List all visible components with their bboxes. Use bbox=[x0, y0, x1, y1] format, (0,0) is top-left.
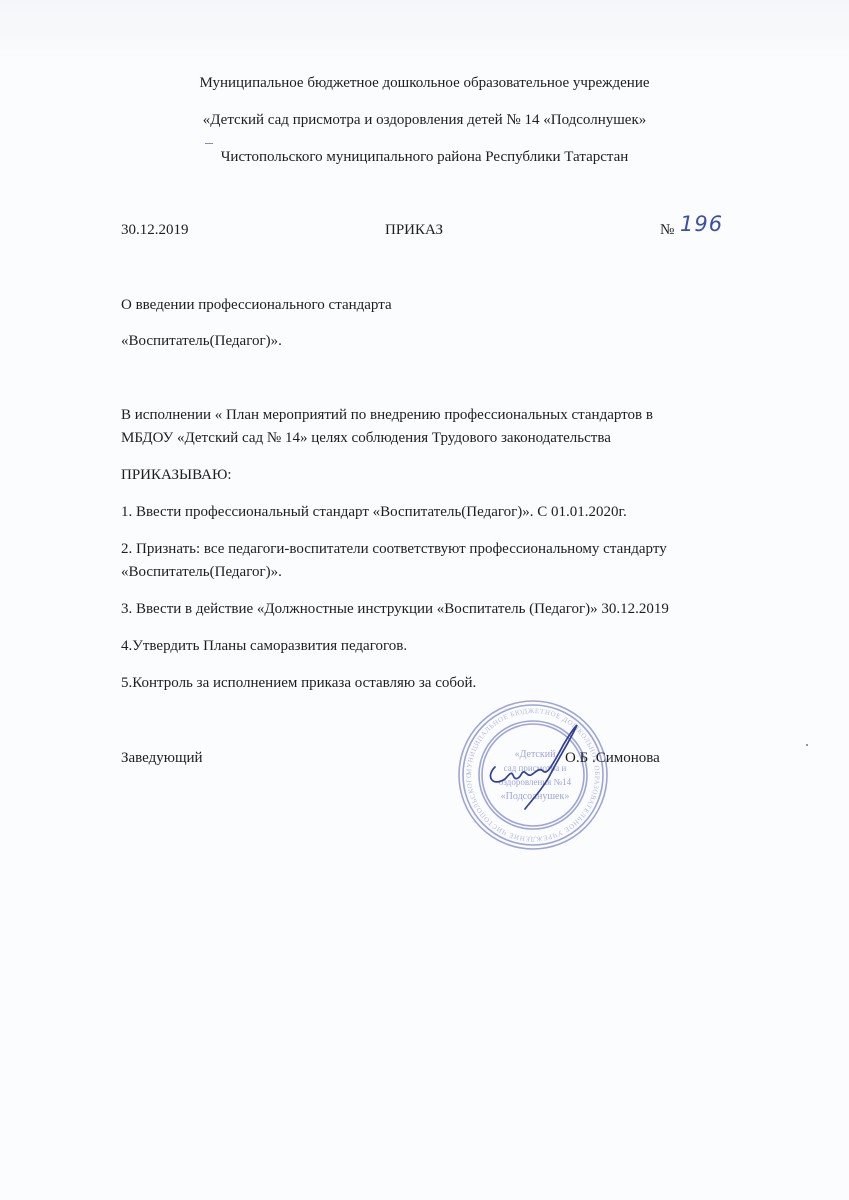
preamble-line-2: МБДОУ «Детский сад № 14» целях соблюдени… bbox=[121, 429, 611, 447]
order-item-3: 3. Ввести в действие «Должностные инстру… bbox=[121, 600, 669, 618]
stray-mark bbox=[205, 143, 213, 144]
institution-header-line-2: «Детский сад присмотра и оздоровления де… bbox=[0, 111, 849, 129]
subject-line-1: О введении профессионального стандарта bbox=[121, 296, 392, 314]
scan-speck bbox=[806, 744, 808, 746]
institution-header-line-3: Чистопольского муниципального района Рес… bbox=[0, 148, 849, 166]
document-title: ПРИКАЗ bbox=[385, 221, 443, 239]
scan-bleed-through bbox=[0, 0, 849, 60]
signatory-position: Заведующий bbox=[121, 749, 203, 767]
document-page: Муниципальное бюджетное дошкольное образ… bbox=[0, 0, 849, 1200]
official-stamp-icon: МУНИЦИПАЛЬНОЕ БЮДЖЕТНОЕ ДОШКОЛЬНОЕ ОБРАЗ… bbox=[455, 695, 615, 855]
institution-header-line-1: Муниципальное бюджетное дошкольное образ… bbox=[0, 74, 849, 92]
signatory-name: О.Б .Симонова bbox=[565, 749, 660, 767]
order-item-2-continued: «Воспитатель(Педагог)». bbox=[121, 563, 282, 581]
svg-text:«Детский: «Детский bbox=[515, 749, 557, 760]
order-word: ПРИКАЗЫВАЮ: bbox=[121, 466, 232, 484]
order-item-4: 4.Утвердить Планы саморазвития педагогов… bbox=[121, 637, 407, 655]
preamble-line-1: В исполнении « План мероприятий по внедр… bbox=[121, 406, 653, 424]
order-item-2: 2. Признать: все педагоги-воспитатели со… bbox=[121, 540, 667, 558]
order-number-handwritten: 196 bbox=[680, 212, 723, 236]
svg-text:оздоровления №14: оздоровления №14 bbox=[499, 777, 572, 787]
order-number-label: № bbox=[660, 221, 674, 239]
subject-line-2: «Воспитатель(Педагог)». bbox=[121, 332, 282, 350]
order-date: 30.12.2019 bbox=[121, 221, 189, 239]
order-item-1: 1. Ввести профессиональный стандарт «Вос… bbox=[121, 503, 627, 521]
order-item-5: 5.Контроль за исполнением приказа оставл… bbox=[121, 674, 476, 692]
